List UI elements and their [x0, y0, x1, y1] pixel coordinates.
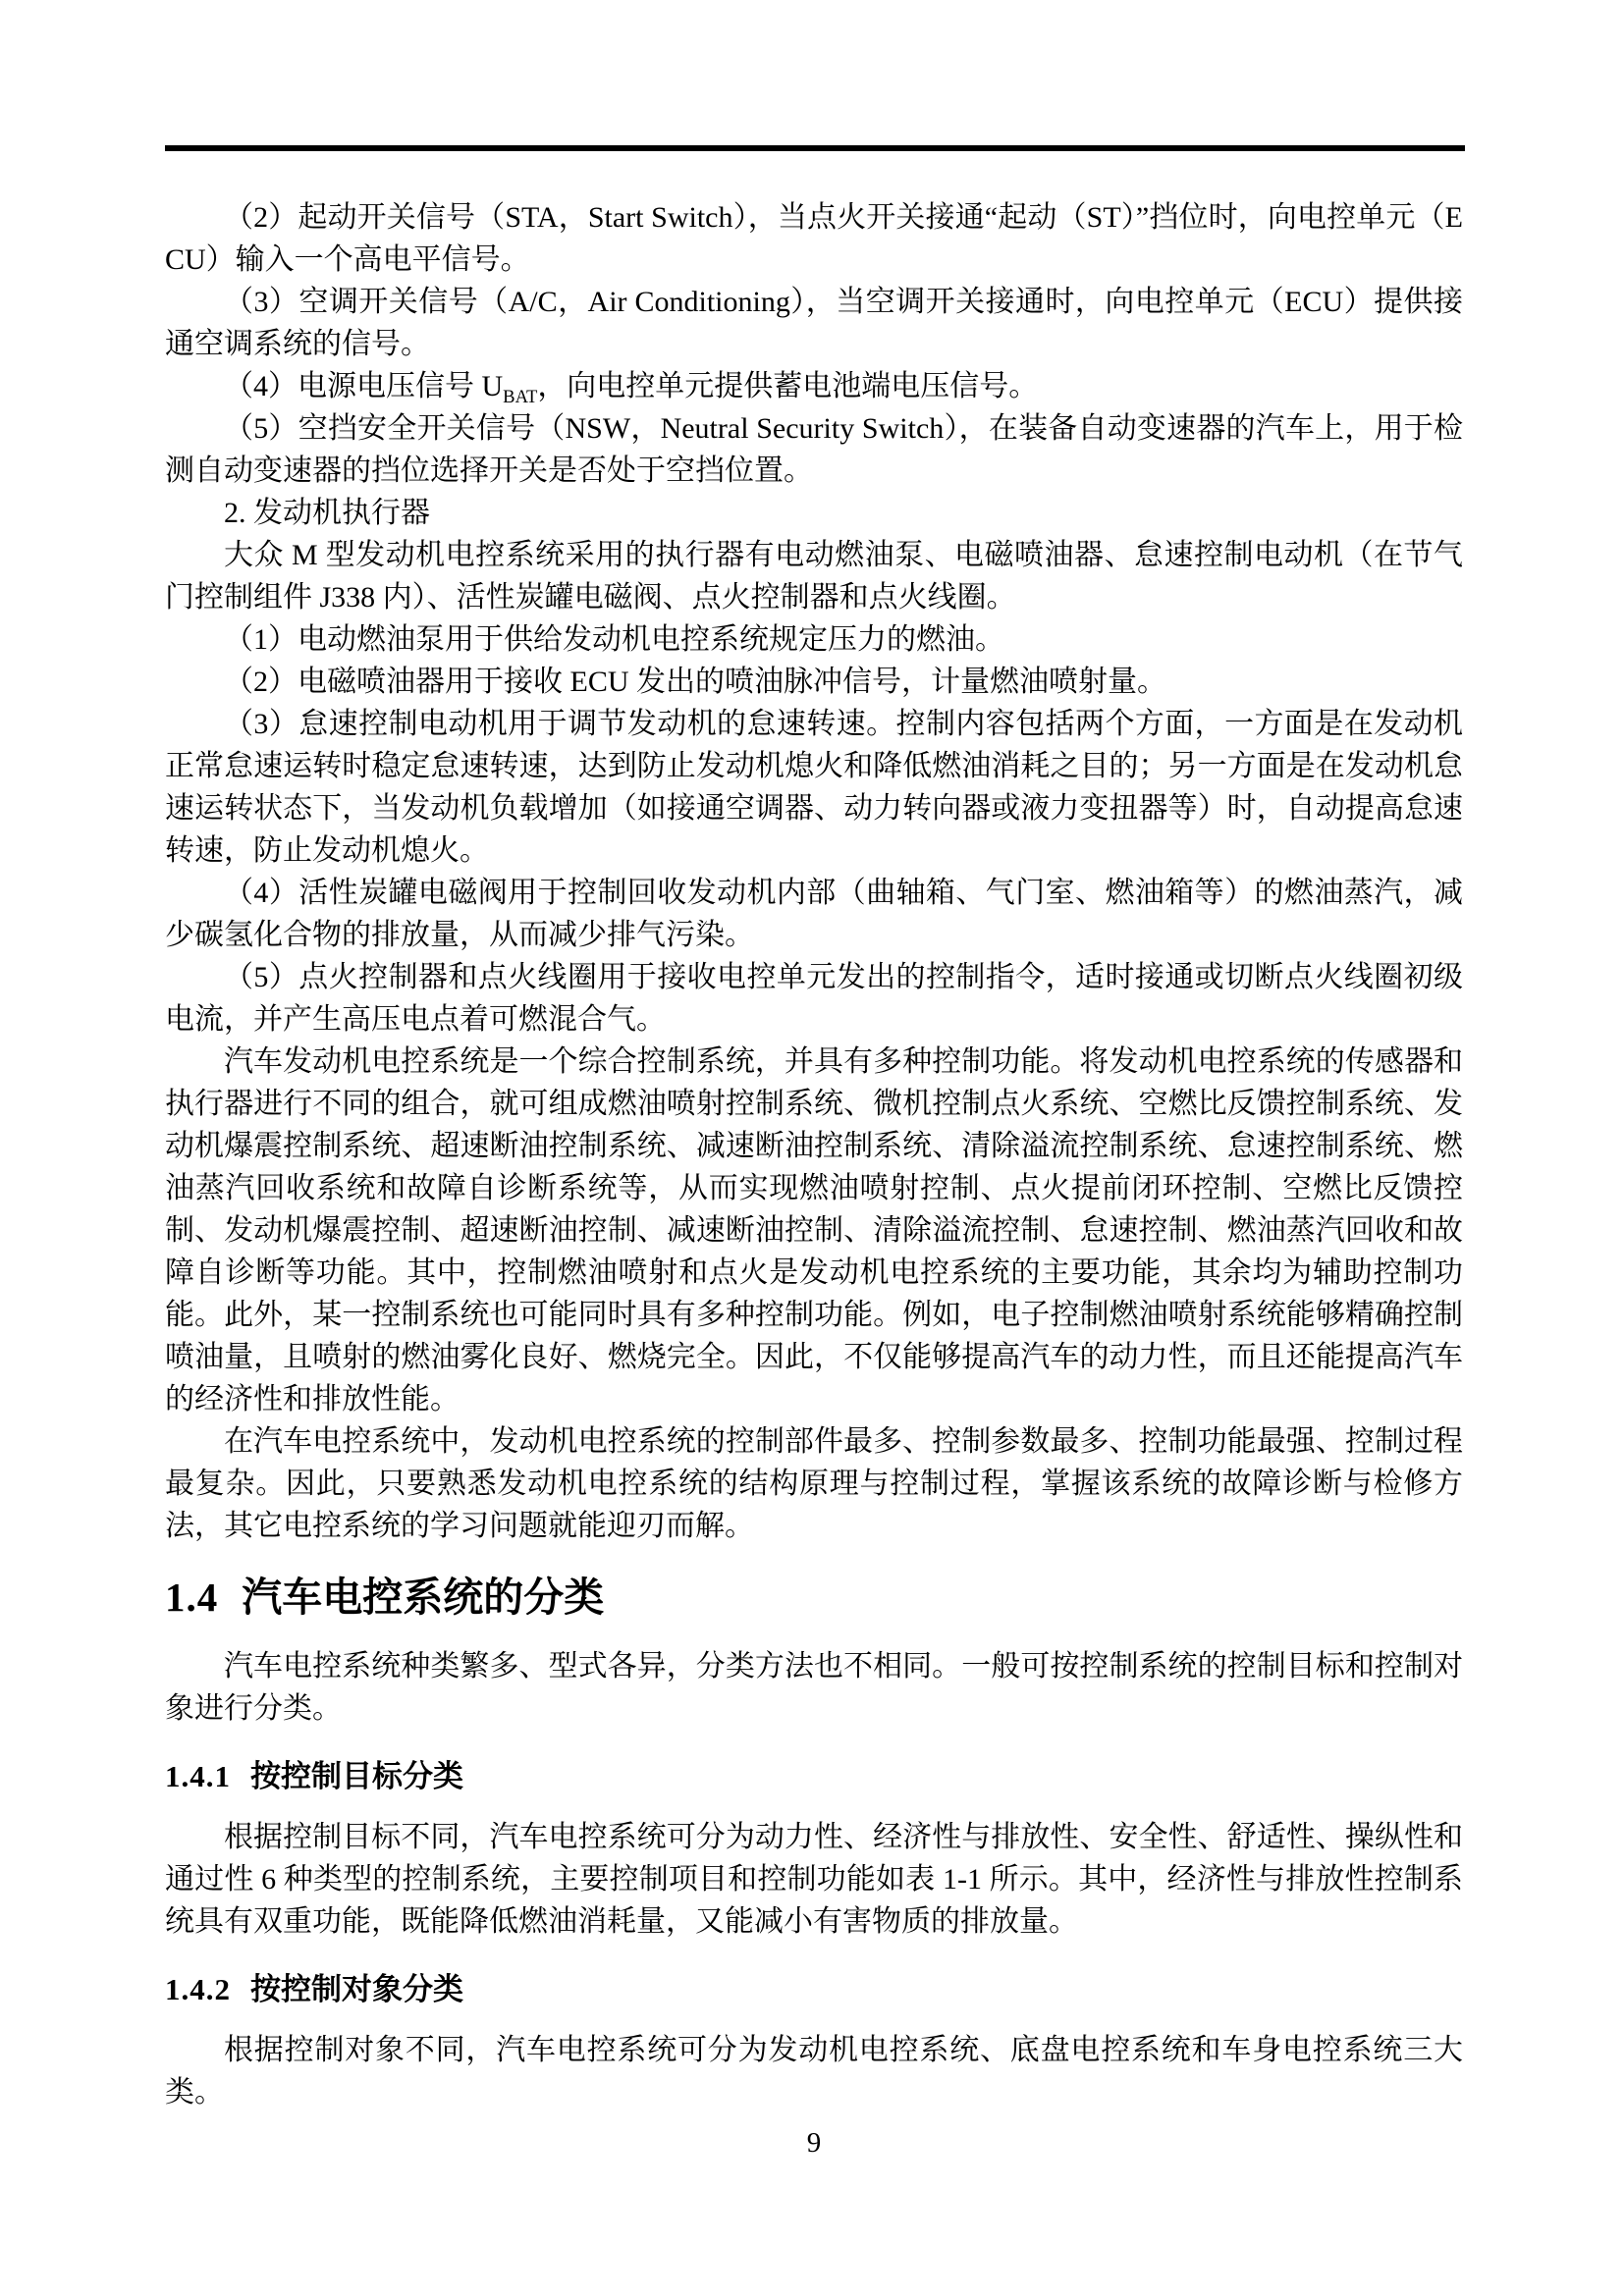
paragraph: （5）点火控制器和点火线圈用于接收电控单元发出的控制指令，适时接通或切断点火线圈… [165, 956, 1463, 1041]
section-title: 汽车电控系统的分类 [242, 1575, 604, 1620]
paragraph: 根据控制对象不同，汽车电控系统可分为发动机电控系统、底盘电控系统和车身电控系统三… [165, 2029, 1463, 2113]
paragraph: （5）空挡安全开关信号（NSW，Neutral Security Switch）… [165, 407, 1463, 492]
paragraph: （4）电源电压信号 UBAT，向电控单元提供蓄电池端电压信号。 [165, 365, 1463, 407]
section-number: 1.4 [165, 1575, 218, 1620]
subsection-heading: 1.4.2按控制对象分类 [165, 1970, 1463, 2009]
paragraph: （1）电动燃油泵用于供给发动机电控系统规定压力的燃油。 [165, 618, 1463, 661]
section-heading: 1.4汽车电控系统的分类 [165, 1573, 1463, 1622]
paragraph-text: （4）电源电压信号 U [224, 370, 503, 402]
page-content: （2）起动开关信号（STA，Start Switch），当点火开关接通“起动（S… [0, 196, 1624, 2163]
paragraph: （3）怠速控制电动机用于调节发动机的怠速转速。控制内容包括两个方面，一方面是在发… [165, 703, 1463, 872]
paragraph: （2）起动开关信号（STA，Start Switch），当点火开关接通“起动（S… [165, 196, 1463, 281]
paragraph: 大众 M 型发动机电控系统采用的执行器有电动燃油泵、电磁喷油器、怠速控制电动机（… [165, 534, 1463, 618]
paragraph-text: ，向电控单元提供蓄电池端电压信号。 [537, 370, 1038, 402]
subsection-heading: 1.4.1按控制目标分类 [165, 1757, 1463, 1796]
paragraph: 汽车电控系统种类繁多、型式各异，分类方法也不相同。一般可按控制系统的控制目标和控… [165, 1645, 1463, 1730]
paragraph: 汽车发动机电控系统是一个综合控制系统，并具有多种控制功能。将发动机电控系统的传感… [165, 1041, 1463, 1420]
subsection-title: 按控制对象分类 [250, 1972, 463, 2006]
page-number: 9 [165, 2123, 1463, 2163]
paragraph: 在汽车电控系统中，发动机电控系统的控制部件最多、控制参数最多、控制功能最强、控制… [165, 1420, 1463, 1547]
document-page: （2）起动开关信号（STA，Start Switch），当点火开关接通“起动（S… [0, 0, 1624, 2296]
paragraph: 根据控制目标不同，汽车电控系统可分为动力性、经济性与排放性、安全性、舒适性、操纵… [165, 1816, 1463, 1943]
subsection-number: 1.4.1 [165, 1759, 231, 1793]
subsection-title: 按控制目标分类 [250, 1759, 463, 1793]
paragraph: （4）活性炭罐电磁阀用于控制回收发动机内部（曲轴箱、气门室、燃油箱等）的燃油蒸汽… [165, 872, 1463, 956]
paragraph: （3）空调开关信号（A/C，Air Conditioning），当空调开关接通时… [165, 281, 1463, 365]
subsection-number: 1.4.2 [165, 1972, 231, 2006]
subscript-text: BAT [503, 387, 537, 407]
header-rule [165, 145, 1465, 151]
paragraph: （2）电磁喷油器用于接收 ECU 发出的喷油脉冲信号，计量燃油喷射量。 [165, 661, 1463, 703]
list-heading: 2. 发动机执行器 [165, 492, 1463, 534]
